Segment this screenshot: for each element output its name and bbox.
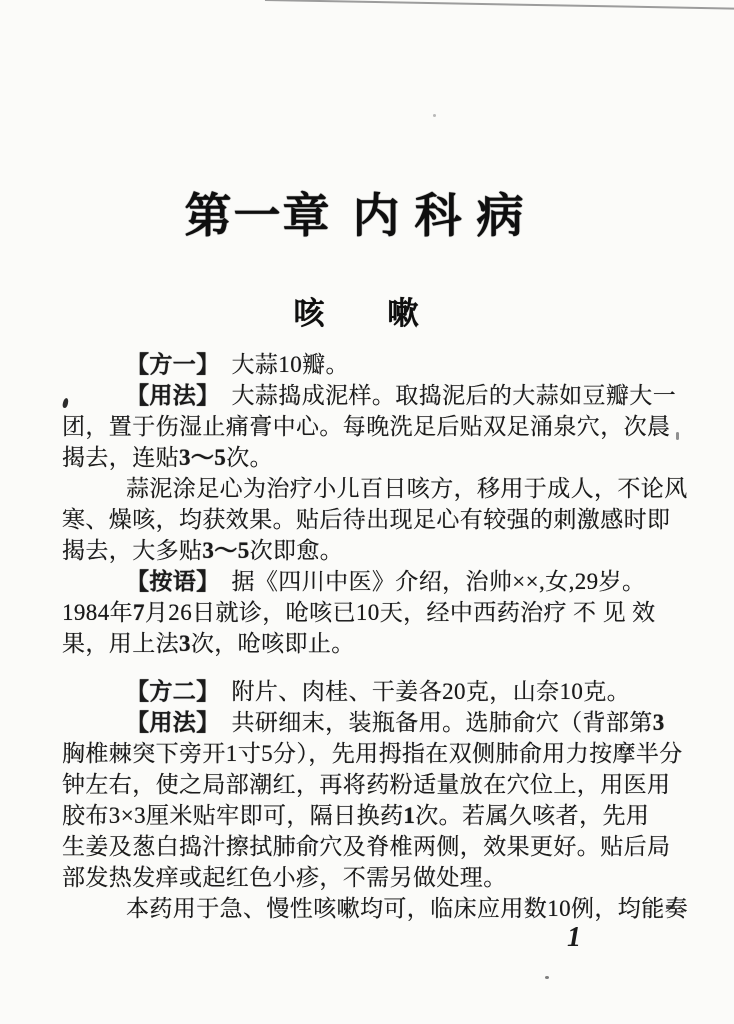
tag-label: 【用法】 [126, 710, 208, 735]
text-run: 次。 [226, 445, 273, 470]
text-run: 1 [403, 803, 415, 828]
text-line: 胸椎棘突下旁开1寸5分），先用拇指在双侧肺俞用力按摩半分 [62, 738, 678, 769]
text-run: 团，置于伤湿止痛膏中心。每晚洗足后贴双足涌泉穴，次晨 [62, 414, 670, 439]
text-run: 大蒜10瓣。 [208, 352, 349, 377]
text-run: 生姜及葱白捣汁擦拭肺俞穴及脊椎两侧，效果更好。贴后局 [62, 834, 670, 859]
text-line: 胶布3×3厘米贴牢即可，隔日换药1次。若属久咳者，先用 [62, 800, 678, 831]
tag-label: 【按语】 [126, 569, 208, 594]
text-line: 【方二】 附片、肉桂、干姜各20克，山奈10克。 [62, 676, 678, 707]
text-line: 揭去，连贴3～5次。 [62, 442, 678, 473]
chapter-title-number: 第一章 [185, 189, 332, 245]
text-line: 生姜及葱白捣汁擦拭肺俞穴及脊椎两侧，效果更好。贴后局 [62, 831, 678, 862]
section-title: 咳嗽 [0, 295, 723, 333]
scanned-page: 第一章内科病 咳嗽 【方一】 大蒜10瓣。【用法】 大蒜捣成泥样。取捣泥后的大蒜… [0, 0, 734, 1024]
text-run: 1984年 [62, 600, 133, 625]
text-run: 据《四川中医》介绍，治帅××,女,29岁。 [208, 569, 645, 594]
text-line: 蒜泥涂足心为治疗小儿百日咳方，移用于成人，不论风 [62, 473, 678, 504]
text-run: 揭去，大多贴 [62, 538, 202, 563]
text-run: 寒、燥咳，均获效果。贴后待出现足心有较强的刺激感时即 [62, 507, 670, 532]
tag-label: 【方二】 [126, 679, 208, 704]
text-line: 1984年7月26日就诊，呛咳已10天，经中西药治疗 不 见 效 [62, 597, 678, 628]
tag-label: 【用法】 [126, 383, 208, 408]
text-line: 钟左右，使之局部潮红，再将药粉适量放在穴位上，用医用 [62, 769, 678, 800]
text-run: 3～5 [179, 445, 226, 470]
body-text: 【方一】 大蒜10瓣。【用法】 大蒜捣成泥样。取捣泥后的大蒜如豆瓣大一团，置于伤… [62, 349, 678, 924]
text-run: 蒜泥涂足心为治疗小儿百日咳方，移用于成人，不论风 [126, 476, 688, 501]
text-run: 胶布3×3厘米贴牢即可，隔日换药 [62, 803, 403, 828]
text-run: 3 [653, 710, 665, 735]
text-run: 7 [133, 600, 145, 625]
scan-artifact-speck [545, 976, 549, 979]
text-run: 本药用于急、慢性咳嗽均可，临床应用数10例，均能奏 [126, 896, 688, 921]
text-run: 月26日就诊，呛咳已10天，经中西药治疗 不 见 效 [145, 600, 656, 625]
text-run: 附片、肉桂、干姜各20克，山奈10克。 [208, 679, 630, 704]
text-run: 部发热发痒或起红色小疹，不需另做处理。 [62, 865, 507, 890]
text-line: 【方一】 大蒜10瓣。 [62, 349, 678, 380]
text-run: 次即愈。 [250, 538, 344, 563]
chapter-title-text: 内科病 [353, 189, 539, 245]
text-run: 次，呛咳即止。 [191, 631, 355, 656]
text-run: 3～5 [202, 538, 249, 563]
text-run: 胸椎棘突下旁开1寸5分），先用拇指在双侧肺俞用力按摩半分 [62, 741, 683, 766]
text-line: 果，用上法3次，呛咳即止。 [62, 628, 678, 659]
text-run: 次。若属久咳者，先用 [415, 803, 649, 828]
section-title-char-1: 咳 [294, 295, 325, 333]
text-line: 团，置于伤湿止痛膏中心。每晚洗足后贴双足涌泉穴，次晨 [62, 411, 678, 442]
chapter-title: 第一章内科病 [0, 189, 721, 245]
text-line: 寒、燥咳，均获效果。贴后待出现足心有较强的刺激感时即 [62, 504, 678, 535]
text-line: 揭去，大多贴3～5次即愈。 [62, 535, 678, 566]
text-line: 【用法】 大蒜捣成泥样。取捣泥后的大蒜如豆瓣大一 [62, 380, 678, 411]
text-run: 共研细末，装瓶备用。选肺俞穴（背部第 [208, 710, 653, 735]
text-line: 本药用于急、慢性咳嗽均可，临床应用数10例，均能奏 [62, 893, 678, 924]
text-line: 【用法】 共研细末，装瓶备用。选肺俞穴（背部第3 [62, 707, 678, 738]
text-run: 揭去，连贴 [62, 445, 179, 470]
tag-label: 【方一】 [126, 352, 208, 377]
text-line: 部发热发痒或起红色小疹，不需另做处理。 [62, 862, 678, 893]
text-run: 大蒜捣成泥样。取捣泥后的大蒜如豆瓣大一 [208, 383, 676, 408]
scan-artifact-line [265, 0, 734, 10]
page-number: 1 [567, 922, 581, 954]
text-run: 钟左右，使之局部潮红，再将药粉适量放在穴位上，用医用 [62, 772, 670, 797]
text-run: 果，用上法 [62, 631, 179, 656]
scan-artifact-speck [433, 114, 436, 117]
text-run: 3 [179, 631, 191, 656]
section-title-char-2: 嗽 [388, 295, 419, 333]
text-line: 【按语】 据《四川中医》介绍，治帅××,女,29岁。 [62, 566, 678, 597]
